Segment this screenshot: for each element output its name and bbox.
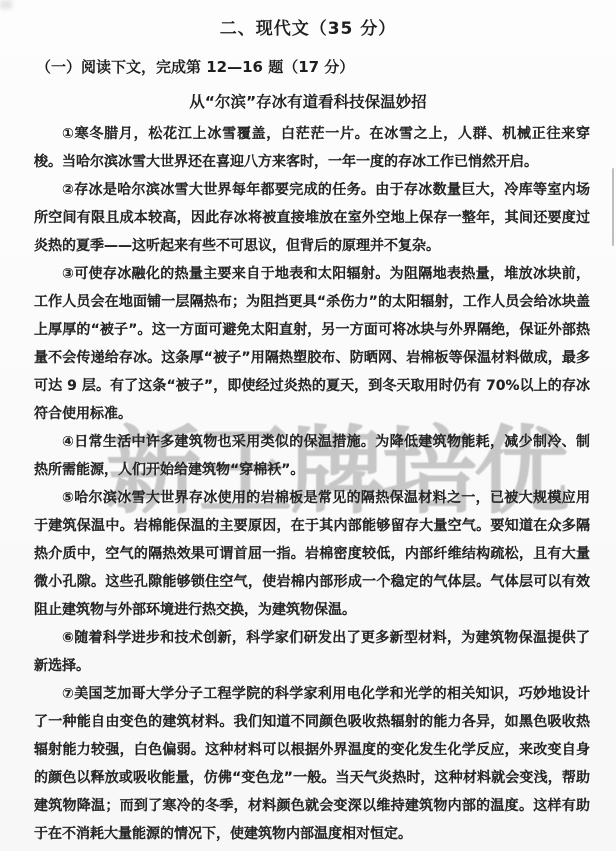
scan-line-artifact xyxy=(612,168,614,246)
exam-content: 二、现代文（35 分） （一）阅读下文，完成第 12—16 题（17 分） 从“… xyxy=(0,14,616,848)
paragraph-3: ③可使存冰融化的热量主要来自于地表和太阳辐射。为阻隔地表热量，堆放冰块前，工作人… xyxy=(34,260,590,428)
paragraph-2: ②存冰是哈尔滨冰雪大世界每年都要完成的任务。由于存冰数量巨大，冷库等室内场所空间… xyxy=(34,176,590,260)
article-title: 从“尔滨”存冰有道看科技保温妙招 xyxy=(0,90,616,112)
section-title: 二、现代文（35 分） xyxy=(0,14,616,39)
reading-instruction: （一）阅读下文，完成第 12—16 题（17 分） xyxy=(36,56,590,77)
paragraph-4: ④日常生活中许多建筑物也采用类似的保温措施。为降低建筑物能耗，减少制冷、制热所需… xyxy=(34,428,590,484)
paragraph-6: ⑥随着科学进步和技术创新，科学家们研发出了更多新型材料，为建筑物保温提供了新选择… xyxy=(34,624,590,680)
article-body: ①寒冬腊月，松花江上冰雪覆盖，白茫茫一片。在冰雪之上，人群、机械正往来穿梭。当哈… xyxy=(34,120,590,848)
scanned-exam-page: 新王牌培优 二、现代文（35 分） （一）阅读下文，完成第 12—16 题（17… xyxy=(0,0,616,851)
paragraph-1: ①寒冬腊月，松花江上冰雪覆盖，白茫茫一片。在冰雪之上，人群、机械正往来穿梭。当哈… xyxy=(34,120,590,176)
scan-smudge-artifact xyxy=(0,0,12,9)
paragraph-7: ⑦美国芝加哥大学分子工程学院的科学家利用电化学和光学的相关知识，巧妙地设计了一种… xyxy=(34,680,590,848)
paragraph-5: ⑤哈尔滨冰雪大世界存冰使用的岩棉板是常见的隔热保温材料之一，已被大规模应用于建筑… xyxy=(34,484,590,624)
